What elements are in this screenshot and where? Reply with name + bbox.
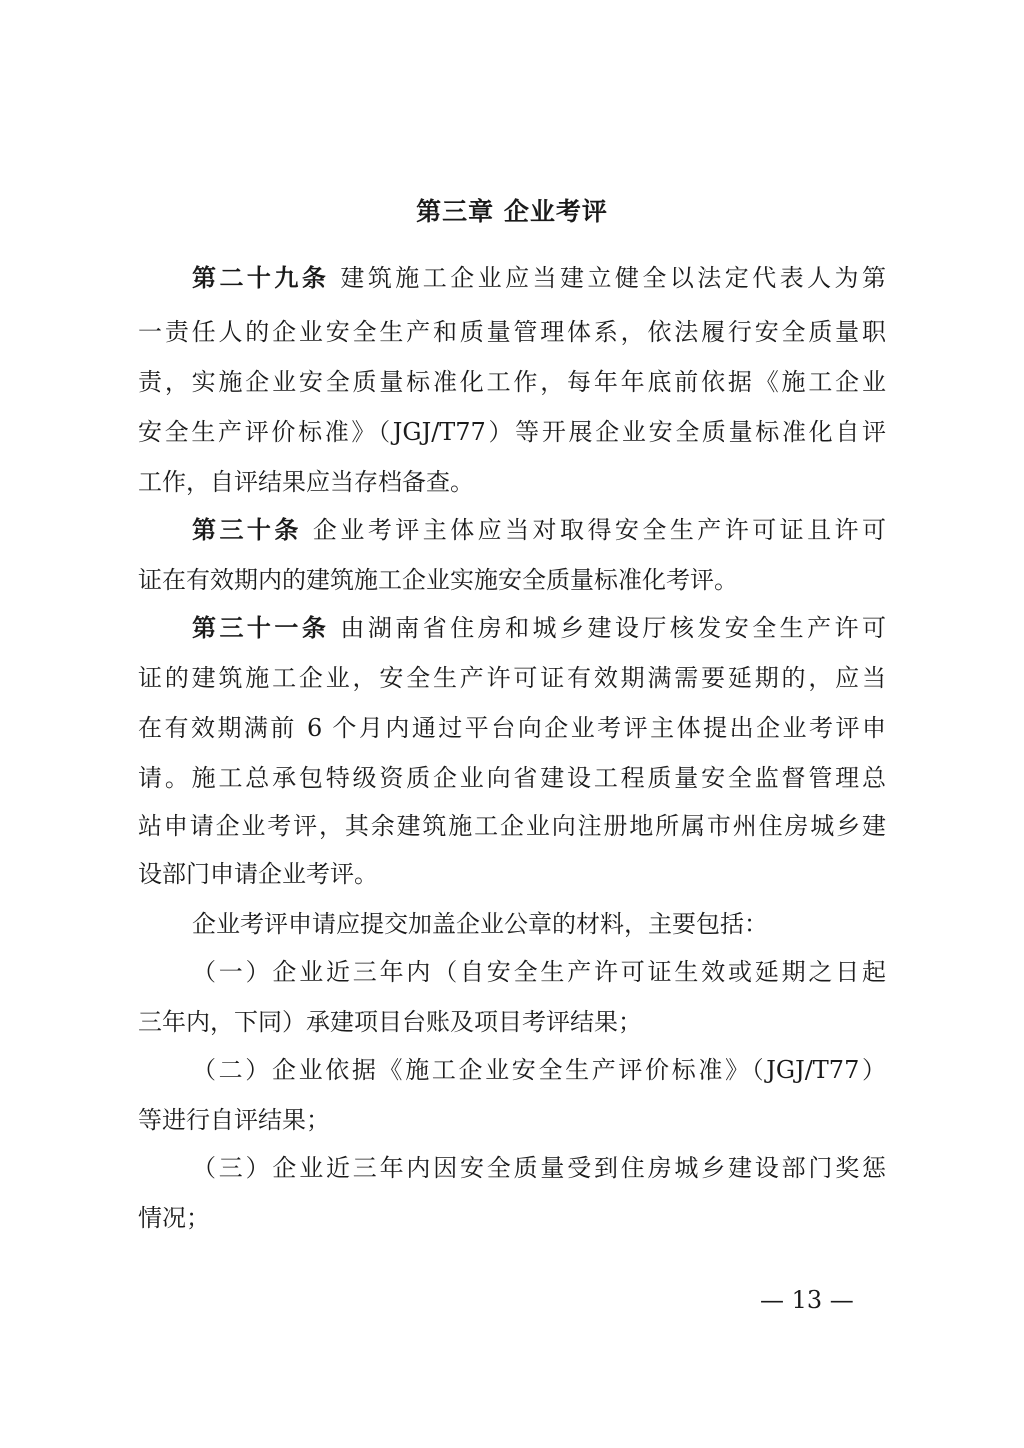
materials-intro: 企业考评申请应提交加盖企业公章的材料，主要包括： bbox=[192, 908, 886, 940]
article-30-line-2: 证在有效期内的建筑施工企业实施安全质量标准化考评。 bbox=[138, 564, 886, 596]
document-page: 第三章 企业考评 第二十九条 建筑施工企业应当建立健全以法定代表人为第 一责任人… bbox=[0, 0, 1024, 1448]
article-label: 第三十条 bbox=[192, 516, 302, 544]
item-2-line-2: 等进行自评结果； bbox=[138, 1104, 886, 1136]
article-31-line-2: 证的建筑施工企业，安全生产许可证有效期满需要延期的，应当 bbox=[138, 662, 886, 694]
article-label: 第三十一条 bbox=[192, 614, 329, 642]
article-label: 第二十九条 bbox=[192, 264, 329, 292]
item-1-line-1: （一）企业近三年内（自安全生产许可证生效或延期之日起 bbox=[192, 956, 886, 988]
article-29-line-4: 安全生产评价标准》（JGJ/T77）等开展企业安全质量标准化自评 bbox=[138, 416, 886, 448]
item-3-line-1: （三）企业近三年内因安全质量受到住房城乡建设部门奖惩 bbox=[192, 1152, 886, 1184]
article-29-line-1: 第二十九条 建筑施工企业应当建立健全以法定代表人为第 bbox=[192, 262, 886, 294]
chapter-title: 第三章 企业考评 bbox=[0, 192, 1024, 228]
article-31-line-1: 第三十一条 由湖南省住房和城乡建设厅核发安全生产许可 bbox=[192, 612, 886, 644]
item-3-line-2: 情况； bbox=[138, 1202, 886, 1234]
article-31-line-4: 请。施工总承包特级资质企业向省建设工程质量安全监督管理总 bbox=[138, 762, 886, 794]
article-31-line-3: 在有效期满前 6 个月内通过平台向企业考评主体提出企业考评申 bbox=[138, 712, 886, 744]
item-2-line-1: （二）企业依据《施工企业安全生产评价标准》（JGJ/T77） bbox=[192, 1054, 886, 1086]
article-31-line-5: 站申请企业考评，其余建筑施工企业向注册地所属市州住房城乡建 bbox=[138, 810, 886, 842]
article-29-line-5: 工作，自评结果应当存档备查。 bbox=[138, 466, 886, 498]
page-number: — 13 — bbox=[760, 1286, 854, 1314]
item-1-line-2: 三年内，下同）承建项目台账及项目考评结果； bbox=[138, 1006, 886, 1038]
article-29-line-2: 一责任人的企业安全生产和质量管理体系，依法履行安全质量职 bbox=[138, 316, 886, 348]
article-29-line-3: 责，实施企业安全质量标准化工作，每年年底前依据《施工企业 bbox=[138, 366, 886, 398]
article-30-line-1: 第三十条 企业考评主体应当对取得安全生产许可证且许可 bbox=[192, 514, 886, 546]
article-31-line-6: 设部门申请企业考评。 bbox=[138, 858, 886, 890]
